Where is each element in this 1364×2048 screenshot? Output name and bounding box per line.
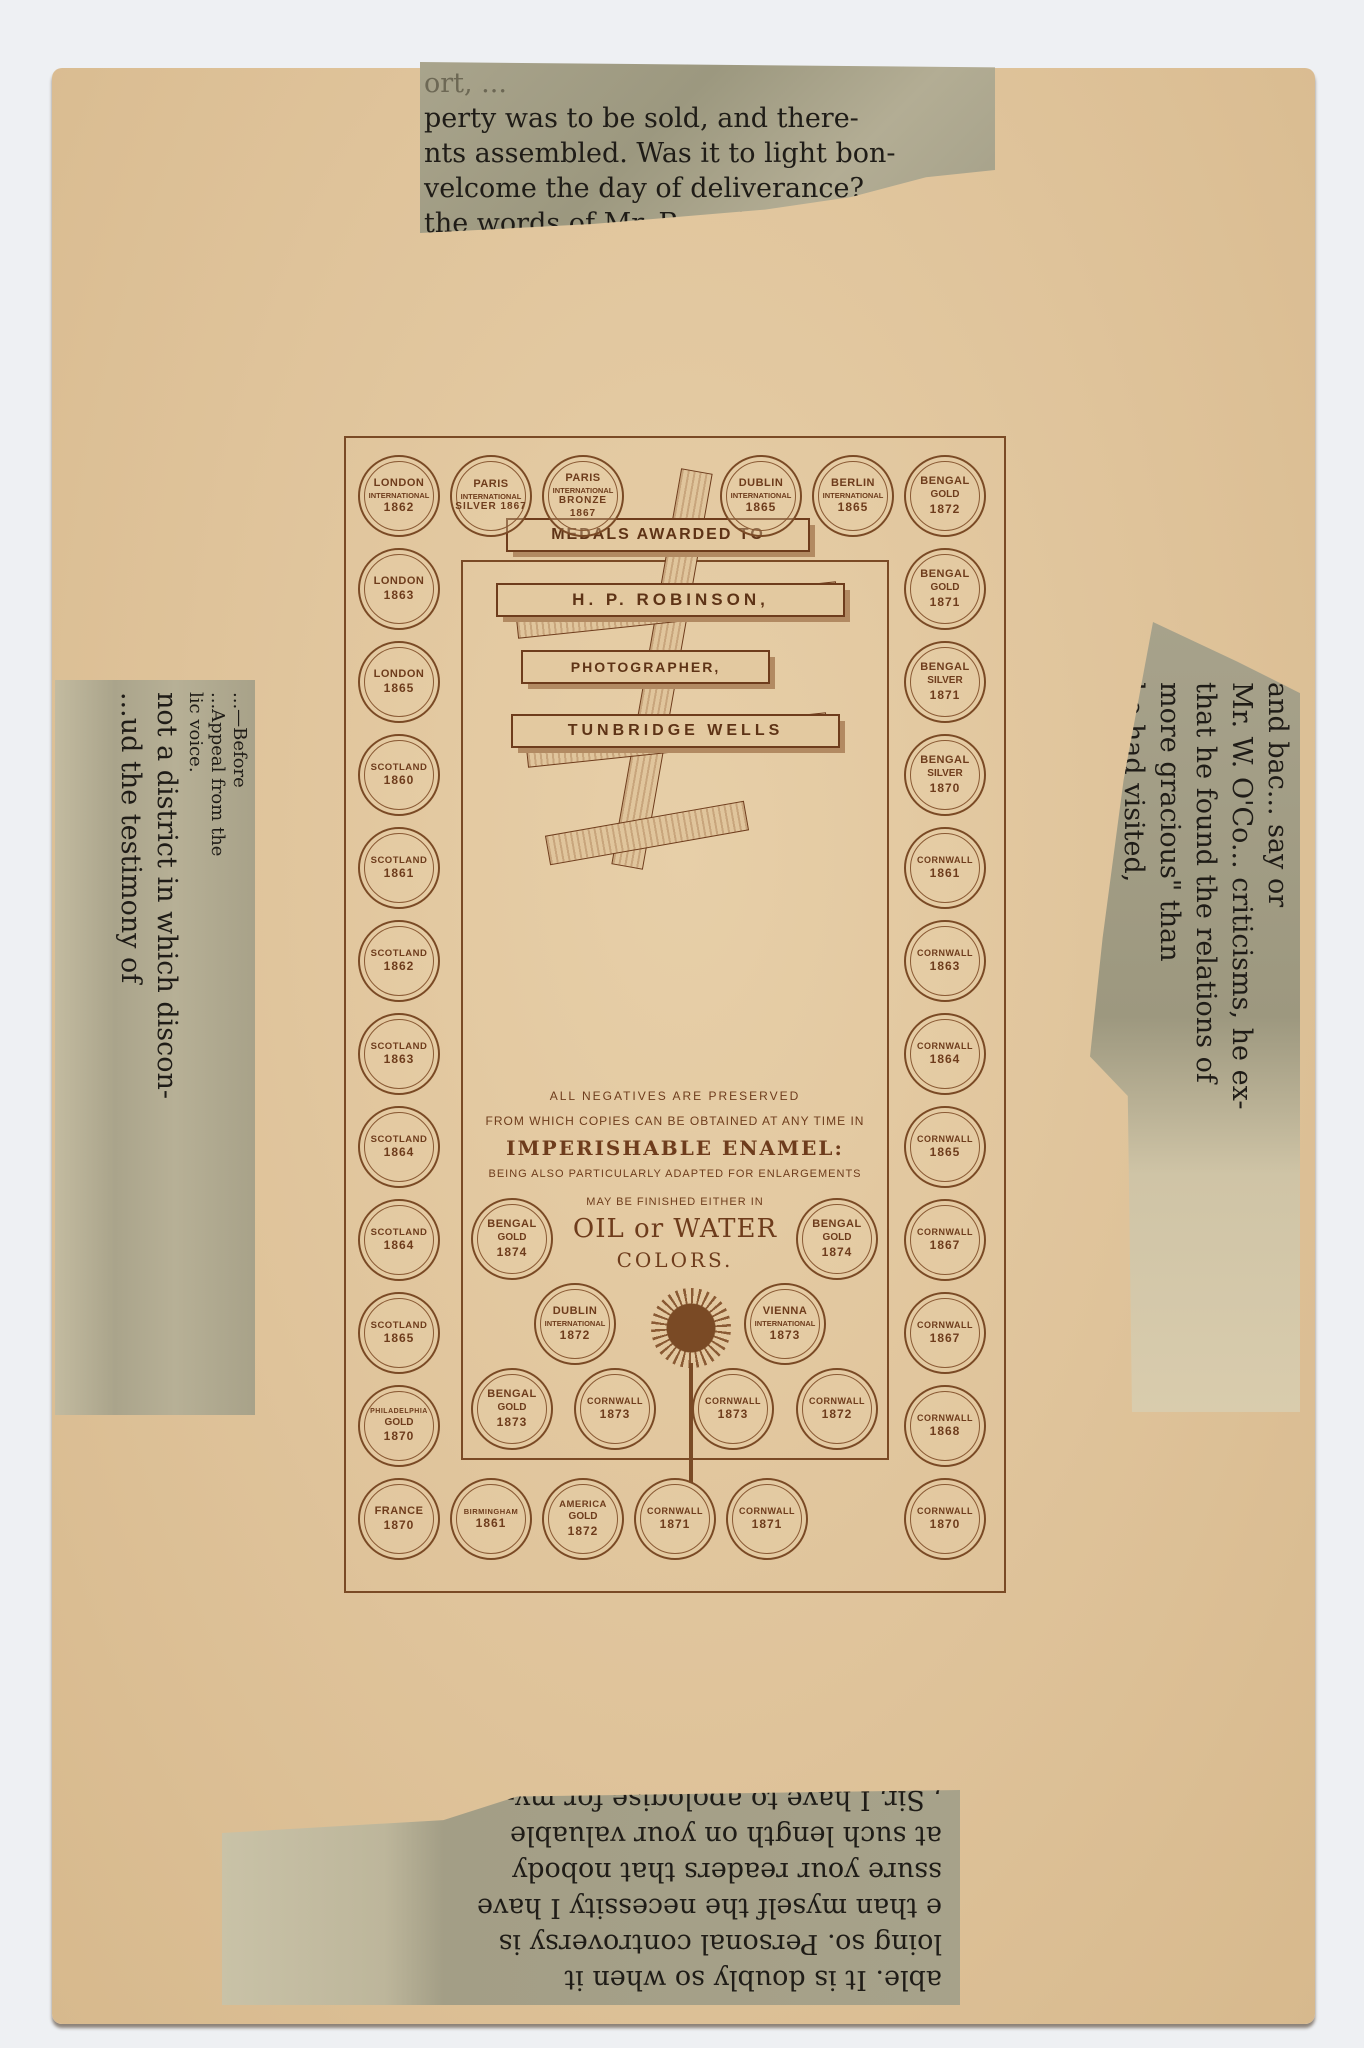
- medal: CORNWALL1873: [574, 1368, 656, 1450]
- medal: FRANCE1870: [358, 1478, 440, 1560]
- clipping-line: able. It is doubly so when it: [382, 1961, 942, 1997]
- medal: BENGALGOLD1872: [904, 455, 986, 537]
- notice-enlargements: BEING ALSO PARTICULARLY ADAPTED FOR ENLA…: [346, 1168, 1004, 1180]
- medal: CORNWALL1872: [796, 1368, 878, 1450]
- medal: SCOTLAND1864: [358, 1199, 440, 1281]
- medal: DUBLININTERNATIONAL1865: [720, 455, 802, 537]
- medal: PARISINTERNATIONALBRONZE 1867: [542, 455, 624, 537]
- medal: SCOTLAND1863: [358, 1013, 440, 1095]
- medal: CORNWALL1861: [904, 827, 986, 909]
- medal: LONDON1865: [358, 641, 440, 723]
- medal: BENGALGOLD1874: [471, 1198, 553, 1280]
- medal: SCOTLAND1865: [358, 1292, 440, 1374]
- banner-location: TUNBRIDGE WELLS: [511, 714, 840, 748]
- medals-award-design: MEDALS AWARDED TO H. P. ROBINSON, PHOTOG…: [344, 436, 1006, 1593]
- medal: CORNWALL1867: [904, 1199, 986, 1281]
- medal: BENGALSILVER1870: [904, 734, 986, 816]
- medal: DUBLININTERNATIONAL1872: [534, 1283, 616, 1365]
- newspaper-clipping-left: ...—Before ...Appeal from the lic voice.…: [55, 680, 255, 1415]
- medal: AMERICAGOLD1872: [542, 1478, 624, 1560]
- clipping-line: ...Appeal from the: [206, 692, 228, 1099]
- clipping-line: ...—Before: [228, 692, 250, 1099]
- sunflower-icon: [651, 1288, 731, 1368]
- clipping-line: that he found the relations of: [1187, 682, 1223, 1109]
- clipping-line: not a district in which discon-: [148, 692, 184, 1099]
- medal: SCOTLAND1864: [358, 1106, 440, 1188]
- ribbon-banner-group: MEDALS AWARDED TO H. P. ROBINSON, PHOTOG…: [496, 478, 856, 898]
- clipping-line: ort, ...: [424, 66, 995, 101]
- clipping-line: at such length on your valuable: [382, 1817, 942, 1853]
- medal: CORNWALL1870: [904, 1478, 986, 1560]
- clipping-line: Mr. W. O'Co... criticisms, he ex-: [1223, 682, 1259, 1109]
- medal: BENGALGOLD1871: [904, 548, 986, 630]
- clipping-line: ...ud the testimony of: [112, 692, 148, 1099]
- notice-negatives-preserved: ALL NEGATIVES ARE PRESERVED: [346, 1089, 1004, 1103]
- medal: CORNWALL1865: [904, 1106, 986, 1188]
- medal: SCOTLAND1861: [358, 827, 440, 909]
- medal: CORNWALL1871: [634, 1478, 716, 1560]
- banner-profession: PHOTOGRAPHER,: [521, 650, 770, 684]
- clipping-line: e than myself the necessity I have: [382, 1889, 942, 1925]
- clipping-line: and bac... say or: [1259, 682, 1295, 1109]
- clipping-line: loing so. Personal controversy is: [382, 1925, 942, 1961]
- banner-name: H. P. ROBINSON,: [496, 583, 845, 617]
- medal: PARISINTERNATIONALSILVER 1867: [450, 455, 532, 537]
- medal: CORNWALL1863: [904, 920, 986, 1002]
- notice-finished-either: MAY BE FINISHED EITHER IN: [346, 1196, 1004, 1208]
- medal: CORNWALL1864: [904, 1013, 986, 1095]
- clipping-line: ssure your readers that nobody: [382, 1853, 942, 1889]
- medal: BENGALGOLD1873: [471, 1368, 553, 1450]
- medal: CORNWALL1873: [692, 1368, 774, 1450]
- clipping-line: perty was to be sold, and there-: [424, 101, 995, 136]
- medal: LONDONINTERNATIONAL1862: [358, 455, 440, 537]
- clipping-line: more gracious" than: [1151, 682, 1187, 1109]
- medal: BIRMINGHAM1861: [450, 1478, 532, 1560]
- clipping-line: nts assembled. Was it to light bon-: [424, 136, 995, 171]
- medal: SCOTLAND1860: [358, 734, 440, 816]
- medal: CORNWALL1868: [904, 1385, 986, 1467]
- medal: LONDON1863: [358, 548, 440, 630]
- clipping-line: lic voice.: [184, 692, 206, 1099]
- medal: CORNWALL1867: [904, 1292, 986, 1374]
- medal: BENGALGOLD1874: [796, 1198, 878, 1280]
- sunflower-stem: [689, 1363, 693, 1483]
- medal: VIENNAINTERNATIONAL1873: [744, 1283, 826, 1365]
- medal: SCOTLAND1862: [358, 920, 440, 1002]
- notice-copies-obtained: FROM WHICH COPIES CAN BE OBTAINED AT ANY…: [346, 1114, 1004, 1128]
- medal: CORNWALL1871: [726, 1478, 808, 1560]
- medal: PHILADELPHIAGOLD1870: [358, 1385, 440, 1467]
- medal: BENGALSILVER1871: [904, 641, 986, 723]
- medal: BERLININTERNATIONAL1865: [812, 455, 894, 537]
